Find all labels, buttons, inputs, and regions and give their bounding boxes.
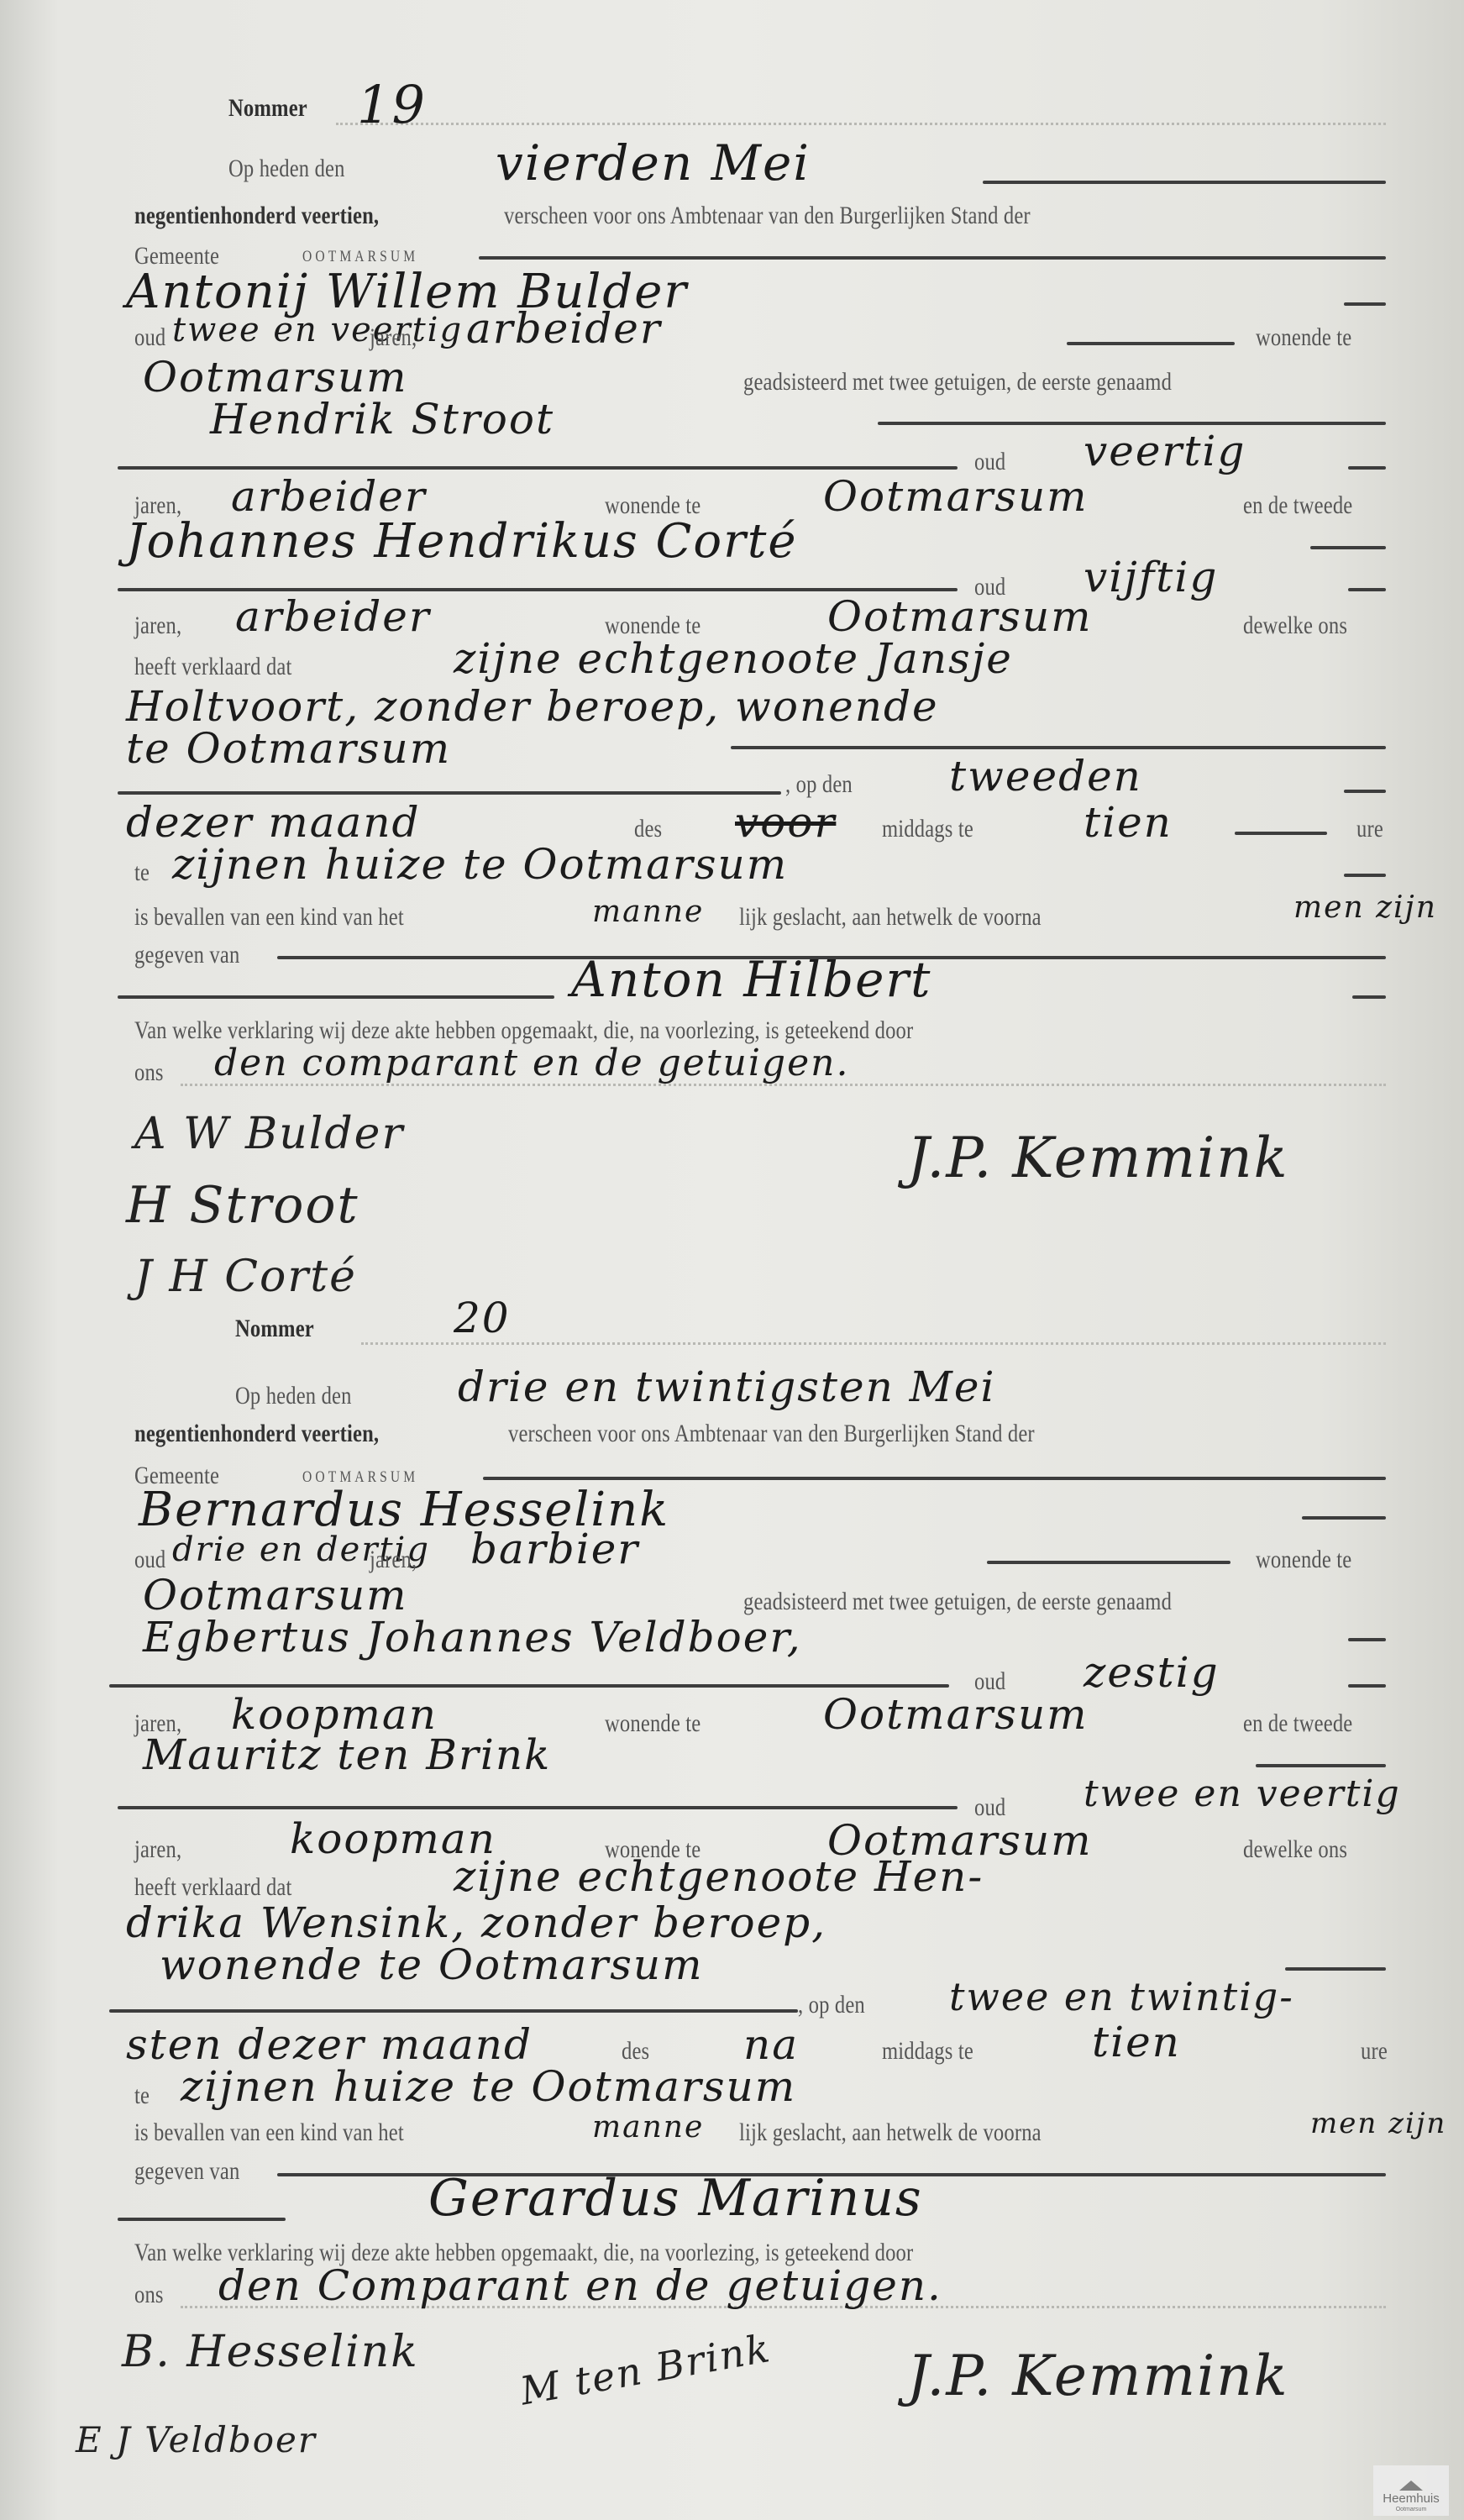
signature-witness1: E J Veldboer [76,2419,317,2460]
signature-declarant: A W Bulder [134,1109,404,1159]
birth-day: twee en twintig- [949,1974,1294,2019]
witness2-age: twee en veertig [1084,1772,1401,1815]
en-de-tweede-label: en de tweede [1243,1709,1352,1738]
declaration-line3: te Ootmarsum [126,724,451,773]
wonende-te-label: wonende te [1256,323,1351,352]
bevallen-label: is bevallen van een kind van het [134,2118,404,2147]
witness2-occupation: arbeider [235,592,431,641]
en-de-tweede-label: en de tweede [1243,491,1352,520]
signed-by: den comparant en de getuigen. [214,1042,849,1084]
child-sex: manne [592,895,704,929]
child-name: Gerardus Marinus [428,2169,923,2228]
jaren-label: jaren, [370,1546,417,1574]
te-label: te [134,858,150,887]
jaren-label: jaren, [370,323,417,352]
birth-hour: tien [1084,798,1173,847]
des-label: des [622,2037,649,2066]
op-heden-label: Op heden den [228,155,345,183]
gegeven-label: gegeven van [134,941,239,969]
year-bold: negentienhonderd veertien, [134,1420,379,1448]
witness1-name: Hendrik Stroot [210,395,554,444]
record-number: 20 [454,1294,511,1342]
oud-label: oud [134,1546,165,1574]
dewelke-label: dewelke ons [1243,1835,1347,1864]
gemeente-name: OOTMARSUM [302,248,418,266]
voornamen-suffix: men zijn [1293,890,1437,925]
oud-label: oud [134,323,165,352]
declaration-line3: wonende te Ootmarsum [160,1940,704,1989]
record-number: 19 [357,74,427,135]
declarant-occupation: arbeider [466,304,662,353]
line2-text: verscheen voor ons Ambtenaar van den Bur… [508,1420,1035,1448]
child-sex: manne [592,2110,704,2145]
watermark-place: Ootmarsum [1396,2506,1427,2513]
birth-day: tweeden [949,752,1142,801]
ure-label: ure [1356,815,1383,843]
birth-place: zijnen huize te Ootmarsum [181,2062,796,2111]
witness1-name: Egbertus Johannes Veldboer, [143,1613,802,1662]
declarant-age: twee en veertig [172,311,463,349]
year-bold: negentienhonderd veertien, [134,202,379,230]
witness1-residence: Ootmarsum [823,1690,1089,1739]
witness1-age: zestig [1084,1648,1220,1697]
middags-te-label: middags te [882,815,973,843]
witness1-age: veertig [1084,427,1246,475]
witness2-name: Mauritz ten Brink [143,1730,551,1779]
nommer-label: Nommer [228,94,307,123]
signature-official: J.P. Kemmink [907,1126,1289,1190]
declaration-line1: zijne echtgenoote Hen- [454,1852,984,1901]
des-label: des [634,815,662,843]
te-label: te [134,2082,150,2110]
voornamen-suffix: men zijn [1310,2107,1446,2140]
verklaard-label: heeft verklaard dat [134,653,292,681]
signature-official: J.P. Kemmink [907,2344,1289,2408]
wonende-te-label-w1: wonende te [605,1709,701,1738]
civil-registry-page: Nommer 19 Op heden den vierden Mei negen… [0,0,1464,2520]
signature-witness2: J H Corté [134,1252,357,1302]
geslacht-label: lijk geslacht, aan hetwelk de voorna [739,2118,1042,2147]
ons-label: ons [134,1058,164,1087]
verklaring-label: Van welke verklaring wij deze akte hebbe… [134,1016,913,1045]
date-day: vierden Mei [496,134,811,192]
ure-label: ure [1361,2037,1388,2066]
birth-hour: tien [1092,2018,1181,2066]
witness2-age: vijftig [1084,553,1218,601]
line2-text: verscheen voor ons Ambtenaar van den Bur… [504,202,1031,230]
geadsisteerd-label: geadsisteerd met twee getuigen, de eerst… [743,368,1172,396]
dewelke-label: dewelke ons [1243,612,1347,640]
verklaard-label: heeft verklaard dat [134,1873,292,1902]
ons-label: ons [134,2281,164,2309]
op-heden-label: Op heden den [235,1382,352,1410]
middags-te-label: middags te [882,2037,973,2066]
geslacht-label: lijk geslacht, aan hetwelk de voorna [739,903,1042,932]
wonende-te-label: wonende te [1256,1546,1351,1574]
op-den-label: , op den [785,770,853,799]
jaren-label-w2: jaren, [134,612,181,640]
signature-declarant: B. Hesselink [122,2327,419,2377]
watermark-name: Heemhuis [1383,2492,1440,2506]
witness1-residence: Ootmarsum [823,472,1089,521]
heemhuis-watermark-logo: Heemhuis Ootmarsum [1373,2465,1449,2516]
geadsisteerd-label: geadsisteerd met twee getuigen, de eerst… [743,1588,1172,1616]
jaren-label-w2: jaren, [134,1835,181,1864]
signed-by: den Comparant en de getuigen. [218,2261,942,2310]
declarant-occupation: barbier [470,1525,639,1573]
date-day: drie en twintigsten Mei [458,1362,995,1411]
op-den-label: , op den [798,1991,865,2019]
signature-witness2: M ten Brink [517,2325,774,2414]
nommer-label: Nommer [235,1315,314,1343]
signature-witness1: H Stroot [126,1176,359,1235]
birth-place: zijnen huize te Ootmarsum [172,840,788,889]
gegeven-label: gegeven van [134,2157,239,2186]
house-roof-icon [1399,2481,1423,2491]
witness2-name: Johannes Hendrikus Corté [126,514,798,569]
declaration-line1: zijne echtgenoote Jansje [454,634,1013,683]
child-name: Anton Hilbert [571,951,931,1008]
bevallen-label: is bevallen van een kind van het [134,903,404,932]
